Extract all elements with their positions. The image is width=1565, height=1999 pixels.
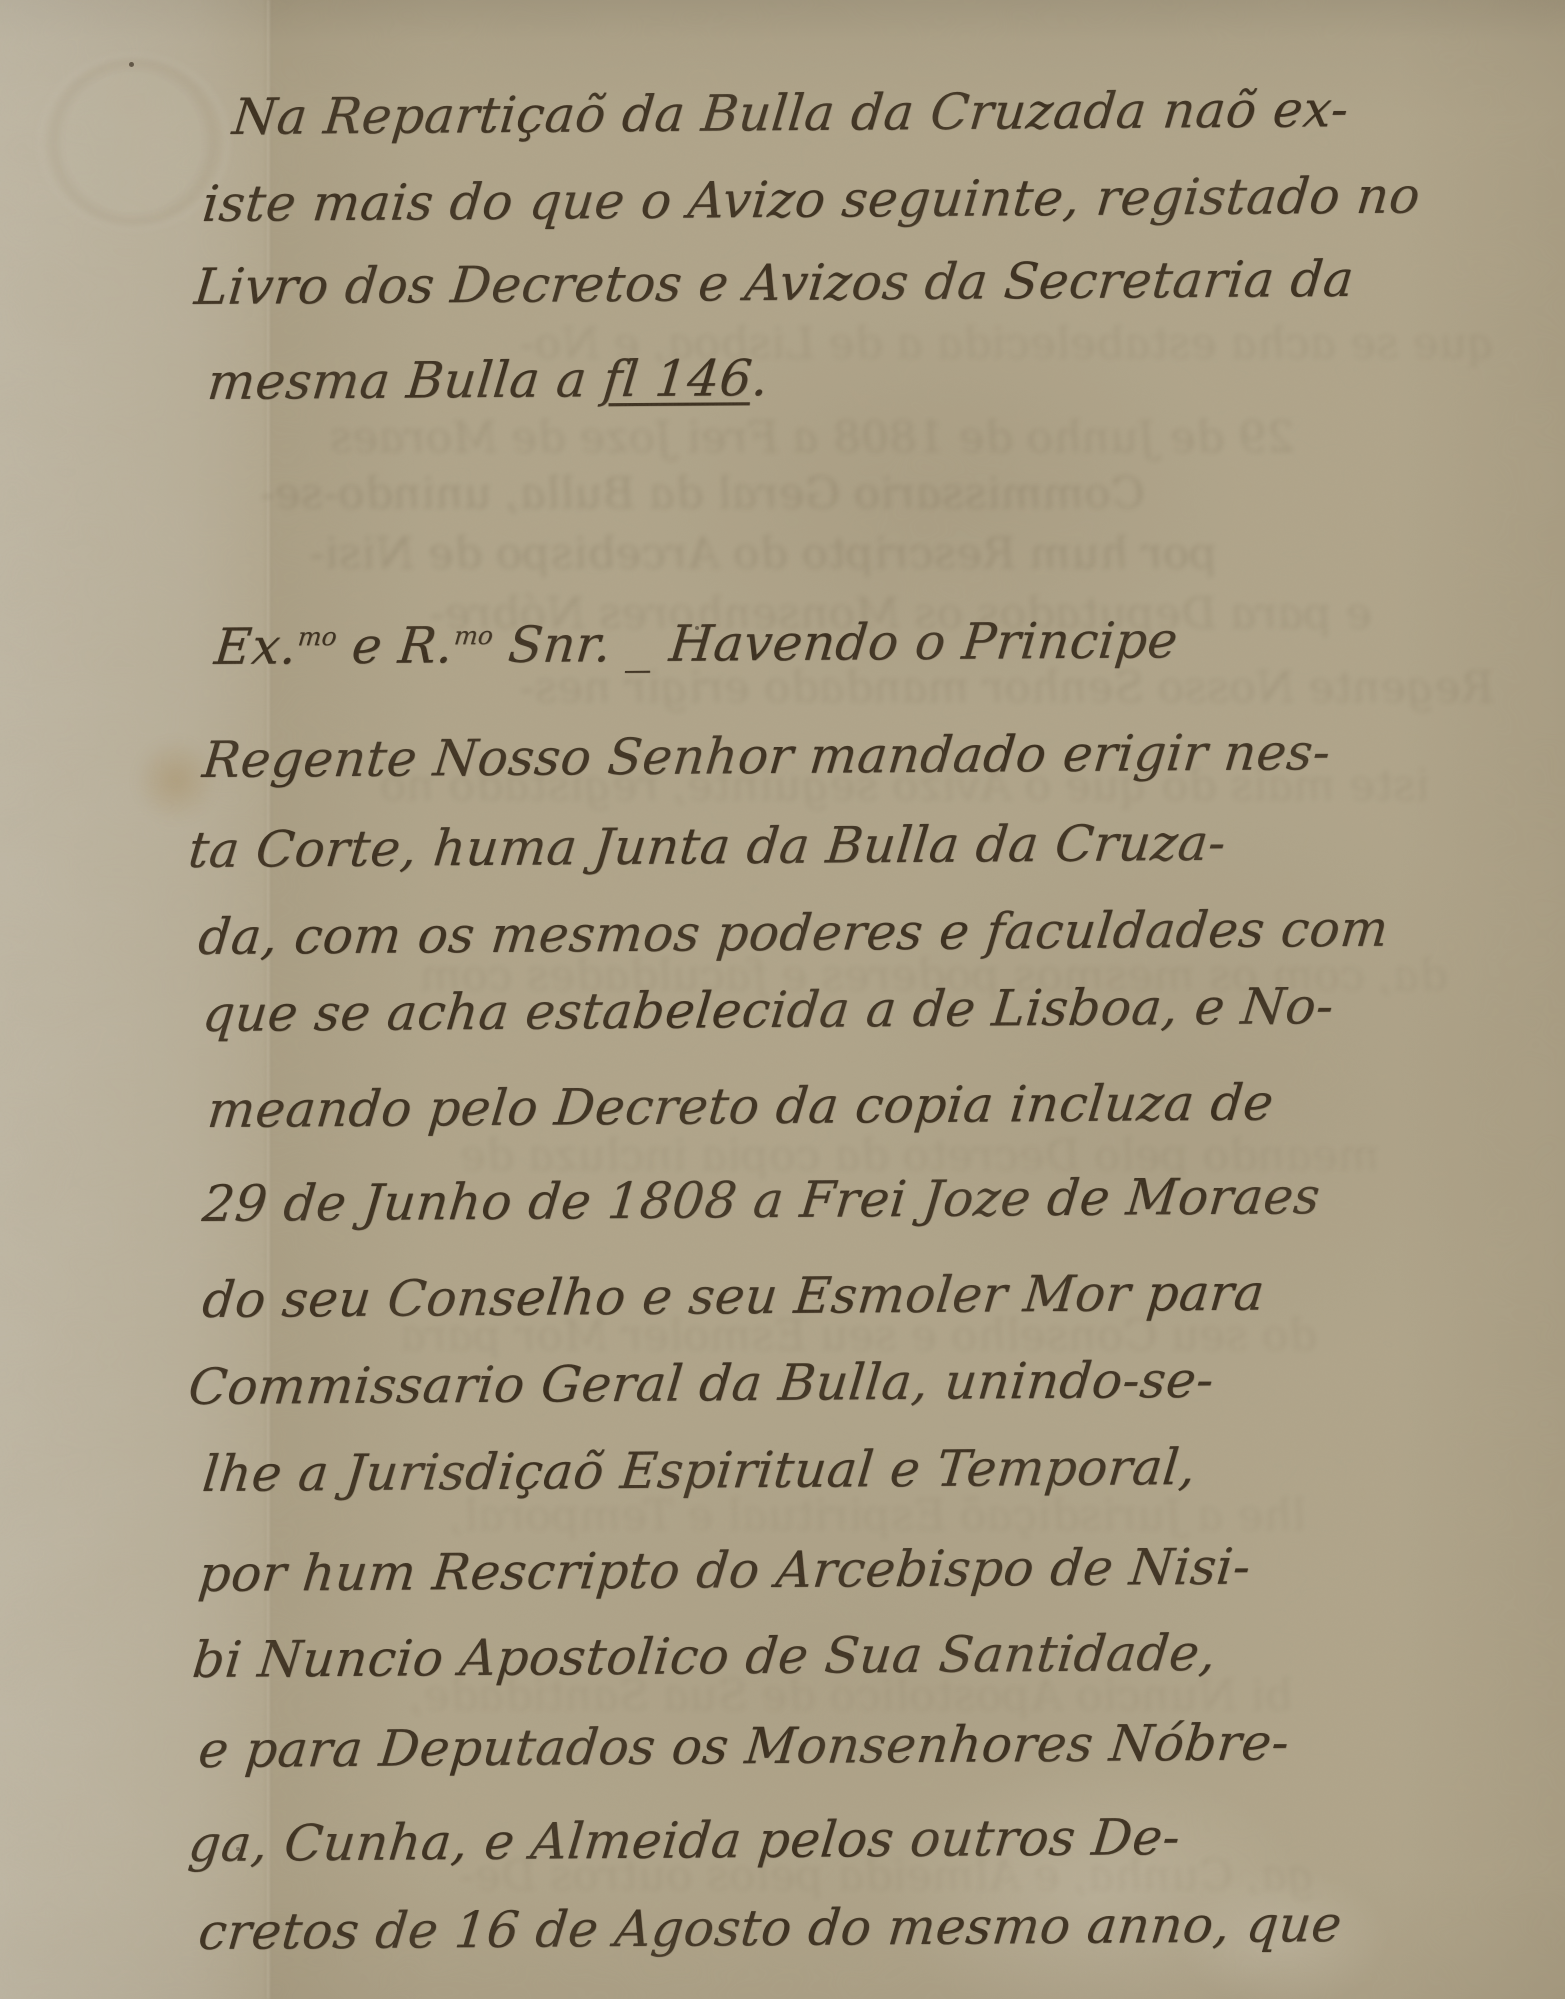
manuscript-line: do seu Conselho e seu Esmoler Mor para (200, 1264, 1267, 1329)
manuscript-line: iste mais do que o Avizo seguinte, regis… (200, 167, 1423, 233)
manuscript-text: Na Repartiçaõ da Bulla da Cruzada naõ ex… (0, 0, 1565, 1999)
manuscript-line: ga, Cunha, e Almeida pelos outros De- (186, 1808, 1183, 1873)
salutation-superscript: mo (453, 621, 495, 650)
folio-number-underlined: fl 146 (600, 349, 755, 408)
manuscript-line-salutation: Ex.mo e R.mo Snr. _ Havendo o Principe (212, 611, 1181, 676)
manuscript-line: que se acha estabelecida a de Lisboa, e … (200, 977, 1337, 1043)
manuscript-line: ta Corte, huma Junta da Bulla da Cruza- (186, 814, 1229, 879)
manuscript-line: bi Nuncio Apostolico de Sua Santidade, (190, 1624, 1219, 1689)
salutation-superscript: mo (297, 622, 339, 651)
manuscript-line-folio: mesma Bulla a fl 146. (205, 349, 771, 411)
manuscript-page: que se acha estabelecida a de Lisboa, e … (0, 0, 1565, 1999)
manuscript-line: Na Repartiçaõ da Bulla da Cruzada naõ ex… (230, 80, 1351, 146)
manuscript-line: lhe a Jurisdiçaõ Espiritual e Temporal, (200, 1438, 1199, 1503)
salutation-text: Snr. _ Havendo o Principe (489, 611, 1180, 674)
manuscript-line: 29 de Junho de 1808 a Frei Joze de Morae… (200, 1167, 1323, 1233)
manuscript-line: Livro dos Decretos e Avizos da Secretari… (192, 250, 1357, 316)
manuscript-line: cretos de 16 de Agosto do mesmo anno, qu… (196, 1895, 1345, 1961)
manuscript-line: meando pelo Decreto da copia incluza de (205, 1074, 1276, 1139)
salutation-abbr: Ex. (212, 617, 300, 676)
manuscript-line: e para Deputados os Monsenhores Nóbre- (196, 1713, 1292, 1779)
manuscript-line: da, com os mesmos poderes e faculdades c… (196, 900, 1391, 966)
manuscript-line: por hum Rescripto do Arcebispo de Nisi- (196, 1538, 1253, 1603)
manuscript-line: Commissario Geral da Bulla, unindo-se- (186, 1351, 1217, 1416)
manuscript-line: Regente Nosso Senhor mandado erigir nes- (200, 723, 1333, 789)
salutation-abbr: e R. (333, 616, 456, 675)
folio-text: mesma Bulla a (205, 350, 606, 411)
